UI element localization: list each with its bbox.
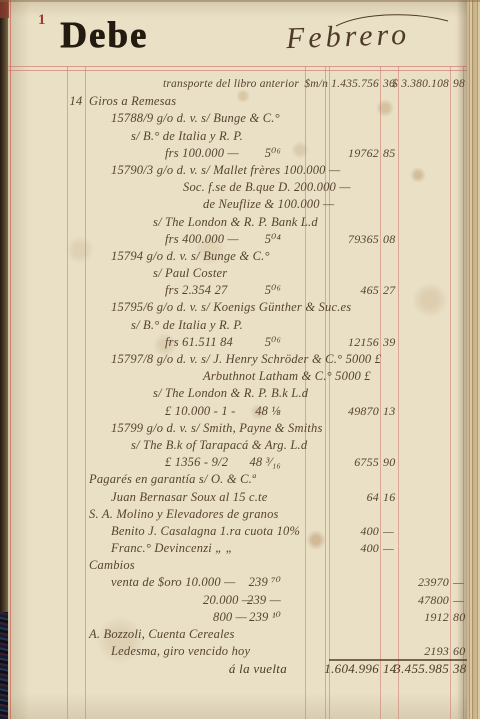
ledger-row: frs 100.000 —5⁰⁶ 19762 85 [0, 145, 467, 162]
totals-rule [329, 659, 467, 661]
row-desc: 15797/8 g/o d. v. s/ J. Henry Schröder &… [85, 351, 305, 368]
row-desc: s/ The London & R. P. B.k L.d [85, 385, 305, 402]
exchange-rate: 5⁰⁶ [265, 334, 281, 351]
exchange-rate: 48 ³⁄₁₆ [249, 454, 281, 471]
page-number: 1 [38, 12, 46, 29]
row-amount2: 23970 [398, 574, 450, 591]
row-desc: s/ Paul Coster [85, 265, 305, 282]
row-amount1: $m/n 1.435.756 [329, 76, 380, 93]
row-cents1: 85 [380, 145, 398, 162]
row-desc: Arbuthnot Latham & C.° 5000 £ [85, 368, 305, 385]
ledger-row: Arbuthnot Latham & C.° 5000 £ [0, 368, 467, 385]
row-desc: £ 1356 - 9/248 ³⁄₁₆ [85, 454, 305, 471]
row-desc: s/ B.° de Italia y R. P. [85, 128, 305, 145]
header-rule [8, 66, 467, 67]
row-cents1: — [380, 540, 398, 557]
row-amount1: 64 [329, 489, 380, 506]
row-amount1: 12156 [329, 334, 380, 351]
row-amount1: 400 [329, 523, 380, 540]
row-amount2: 47800 [398, 592, 450, 609]
pen-flourish [332, 10, 452, 30]
ledger-row: s/ The London & R. P. B.k L.d [0, 385, 467, 402]
row-cents1: 39 [380, 334, 398, 351]
ledger-row: 14 Giros a Remesas [0, 93, 467, 110]
row-desc: 15795/6 g/o d. v. s/ Koenigs Günther & S… [85, 299, 305, 316]
row-amount1: 6755 [329, 454, 380, 471]
ledger-row: £ 10.000 - 1 -48 ⅛ 49870 13 [0, 403, 467, 420]
row-desc: Benito J. Casalagna 1.ra cuota 10% [85, 523, 305, 540]
exchange-rate: 5⁰⁴ [265, 231, 281, 248]
exchange-rate: 239 ⁷⁰ [249, 574, 281, 591]
ledger-row: 15790/3 g/o d. v. s/ Mallet frères 100.0… [0, 162, 467, 179]
row-desc: 15790/3 g/o d. v. s/ Mallet frères 100.0… [85, 162, 305, 179]
row-desc: S. A. Molino y Elevadores de granos [85, 506, 305, 523]
row-amount1: 19762 [329, 145, 380, 162]
page-top-edge [0, 0, 480, 2]
ledger-row: frs 61.511 845⁰⁶ 12156 39 [0, 334, 467, 351]
row-cents1: 27 [380, 282, 398, 299]
row-desc: s/ B.° de Italia y R. P. [85, 317, 305, 334]
page-curve-shadow [457, 0, 467, 719]
row-cents1: 16 [380, 489, 398, 506]
row-desc: Ledesma, giro vencido hoy [85, 643, 305, 660]
exchange-rate: 239 ¹⁰ [249, 609, 281, 626]
row-desc: 15794 g/o d. v. s/ Bunge & C.° [85, 248, 305, 265]
ledger-page: 1 Debe Febrero transporte del libro ante… [0, 0, 480, 719]
row-amount2: 2193 [398, 643, 450, 660]
row-desc: Franc.° Devincenzi „ „ [85, 540, 305, 557]
row-amount1: 400 [329, 540, 380, 557]
exchange-rate: 5⁰⁶ [265, 145, 281, 162]
row-desc: Soc. f.se de B.que D. 200.000 — [85, 179, 305, 196]
binding-corner [0, 0, 9, 18]
row-cents1: 90 [380, 454, 398, 471]
ledger-row: s/ The B.k of Tarapacá & Arg. L.d [0, 437, 467, 454]
ledger-row: 15797/8 g/o d. v. s/ J. Henry Schröder &… [0, 351, 467, 368]
row-desc: de Neuflize & 100.000 — [85, 196, 305, 213]
exchange-rate: 239 — [247, 592, 281, 609]
row-desc: venta de $oro 10.000 —239 ⁷⁰ [85, 574, 305, 591]
ledger-row: 15788/9 g/o d. v. s/ Bunge & C.° [0, 110, 467, 127]
ledger-row: de Neuflize & 100.000 — [0, 196, 467, 213]
row-desc: Pagarés en garantía s/ O. & C.ª [85, 471, 305, 488]
ledger-row: 15795/6 g/o d. v. s/ Koenigs Günther & S… [0, 299, 467, 316]
exchange-rate: 48 ⅛ [255, 403, 281, 420]
row-cents1: 13 [380, 403, 398, 420]
ledger-row: Ledesma, giro vencido hoy 2193 60 [0, 643, 467, 660]
row-desc: £ 10.000 - 1 -48 ⅛ [85, 403, 305, 420]
ledger-row: s/ B.° de Italia y R. P. [0, 317, 467, 334]
row-amount2: 1912 [398, 609, 450, 626]
row-desc: s/ The B.k of Tarapacá & Arg. L.d [85, 437, 305, 454]
ledger-row: Cambios [0, 557, 467, 574]
ledger-totals-row: á la vuelta 1.604.996 14 3.455.985 38 [0, 660, 467, 677]
ledger-row: 20.000 —239 — 47800 — [0, 592, 467, 609]
marbled-cover-edge [0, 612, 8, 719]
row-desc: A. Bozzoli, Cuenta Cereales [85, 626, 305, 643]
page-edges [467, 0, 480, 719]
row-desc: frs 2.354 275⁰⁶ [85, 282, 305, 299]
ledger-row: s/ The London & R. P. Bank L.d [0, 214, 467, 231]
row-desc: Juan Bernasar Soux al 15 c.te [85, 489, 305, 506]
ledger-row: Pagarés en garantía s/ O. & C.ª [0, 471, 467, 488]
ledger-row: A. Bozzoli, Cuenta Cereales [0, 626, 467, 643]
row-desc: transporte del libro anterior [85, 76, 305, 93]
ledger-row: s/ Paul Coster [0, 265, 467, 282]
row-desc: 20.000 —239 — [85, 592, 305, 609]
row-desc: Cambios [85, 557, 305, 574]
row-day: 14 [67, 93, 85, 110]
ledger-row: £ 1356 - 9/248 ³⁄₁₆ 6755 90 [0, 454, 467, 471]
row-desc: frs 61.511 845⁰⁶ [85, 334, 305, 351]
row-desc: frs 100.000 —5⁰⁶ [85, 145, 305, 162]
ledger-row: Benito J. Casalagna 1.ra cuota 10% 400 — [0, 523, 467, 540]
row-desc: 15799 g/o d. v. s/ Smith, Payne & Smiths [85, 420, 305, 437]
ledger-row: transporte del libro anterior $m/n 1.435… [0, 76, 467, 93]
ledger-row: Soc. f.se de B.que D. 200.000 — [0, 179, 467, 196]
totals-label: á la vuelta [85, 660, 305, 677]
ledger-row: Franc.° Devincenzi „ „ 400 — [0, 540, 467, 557]
ledger-row: frs 400.000 —5⁰⁴ 79365 08 [0, 231, 467, 248]
totals-amount1: 1.604.996 [329, 660, 380, 677]
ledger-row: 15794 g/o d. v. s/ Bunge & C.° [0, 248, 467, 265]
row-desc: Giros a Remesas [85, 93, 305, 110]
row-desc: 15788/9 g/o d. v. s/ Bunge & C.° [85, 110, 305, 127]
row-amount1: 79365 [329, 231, 380, 248]
ledger-row: S. A. Molino y Elevadores de granos [0, 506, 467, 523]
row-amount2: $ 3.380.108 [398, 76, 450, 93]
exchange-rate: 5⁰⁶ [265, 282, 281, 299]
ledger-row: 15799 g/o d. v. s/ Smith, Payne & Smiths [0, 420, 467, 437]
header-rule [8, 70, 467, 71]
debit-heading: Debe [60, 14, 148, 57]
ledger-row: 800 —239 ¹⁰ 1912 80 [0, 609, 467, 626]
ledger-row: s/ B.° de Italia y R. P. [0, 128, 467, 145]
row-cents1: — [380, 523, 398, 540]
totals-amount2: 3.455.985 [398, 660, 450, 677]
row-cents1: 08 [380, 231, 398, 248]
ledger-row: Juan Bernasar Soux al 15 c.te 64 16 [0, 489, 467, 506]
ledger-row: venta de $oro 10.000 —239 ⁷⁰ 23970 — [0, 574, 467, 591]
row-desc: 800 —239 ¹⁰ [85, 609, 305, 626]
ledger-row: frs 2.354 275⁰⁶ 465 27 [0, 282, 467, 299]
row-desc: s/ The London & R. P. Bank L.d [85, 214, 305, 231]
row-amount1: 465 [329, 282, 380, 299]
row-desc: frs 400.000 —5⁰⁴ [85, 231, 305, 248]
ledger-grid: transporte del libro anterior $m/n 1.435… [0, 76, 467, 678]
row-amount1: 49870 [329, 403, 380, 420]
